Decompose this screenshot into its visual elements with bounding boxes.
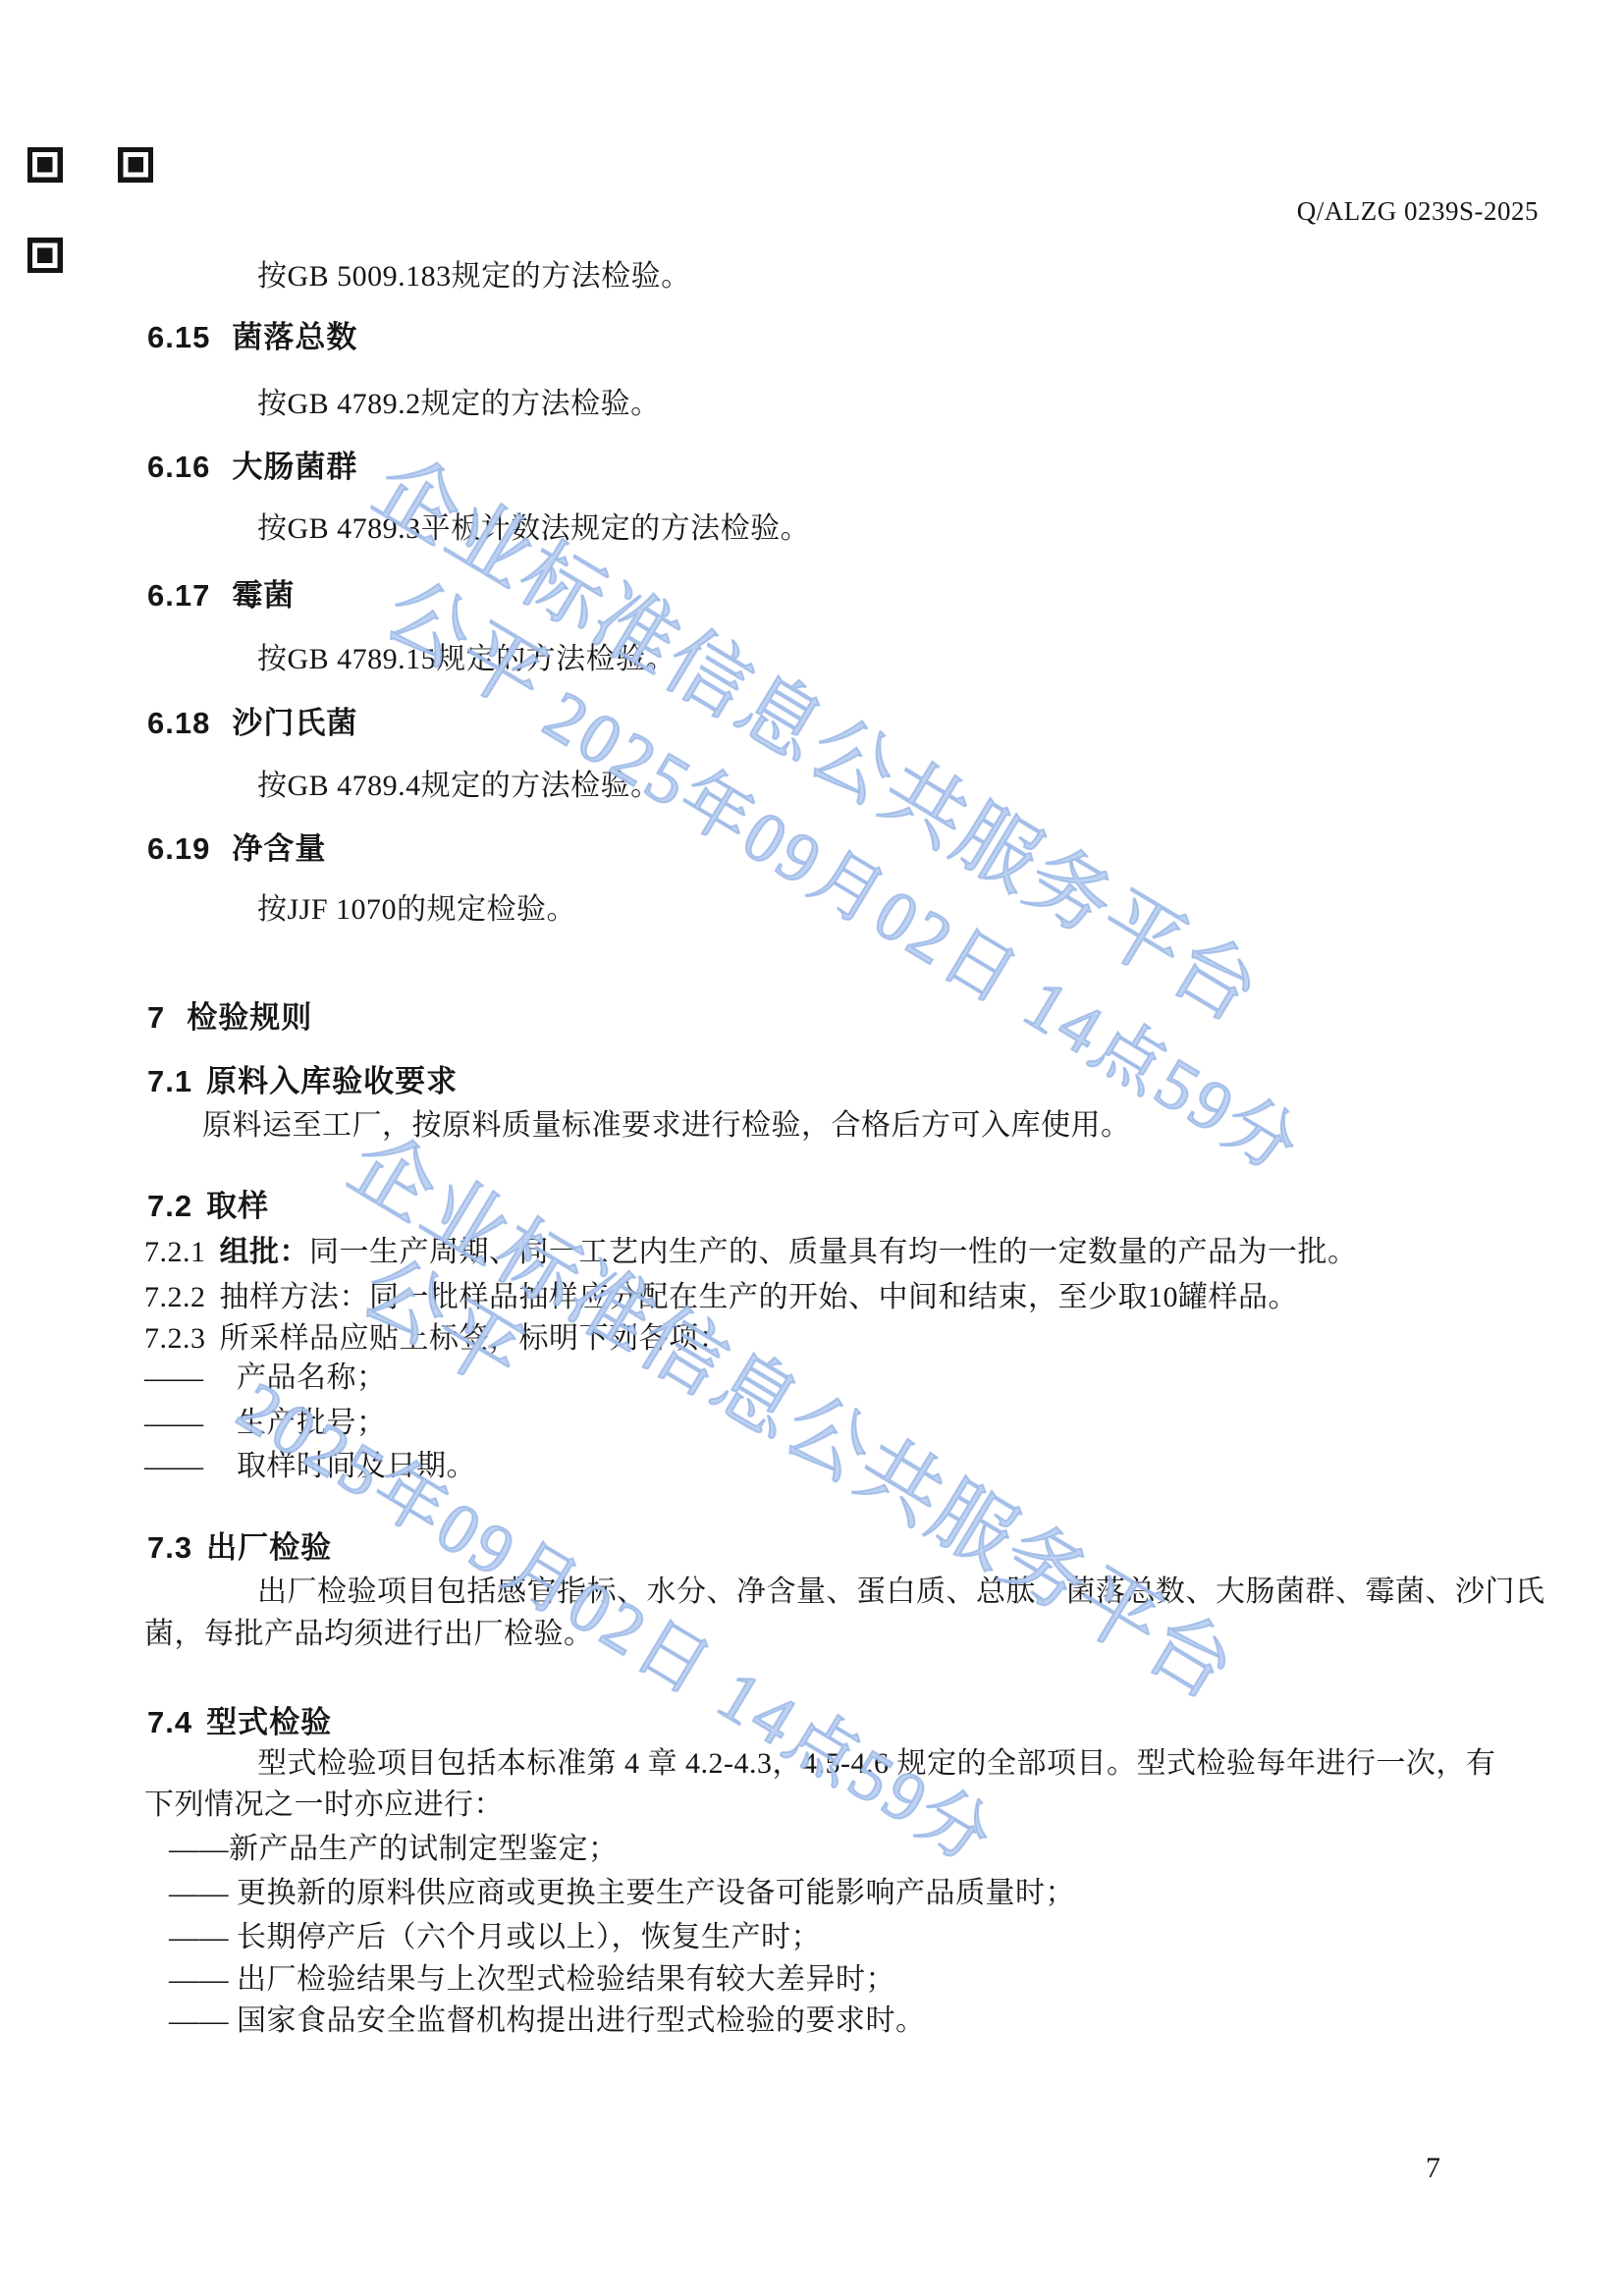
heading-number: 7.1 <box>147 1064 192 1098</box>
heading-title: 原料入库验收要求 <box>206 1064 458 1098</box>
paragraph-7-2-3: 7.2.3所采样品应贴上标签，标明下列各项： <box>144 1313 729 1357</box>
clause-term: 组批： <box>220 1236 310 1268</box>
heading-title: 取样 <box>206 1189 269 1223</box>
section-heading-7-2: 7.2取样 <box>147 1181 269 1225</box>
dash: —— <box>144 1450 203 1482</box>
clause-text: 抽样方法：同一批样品抽样应分配在生产的开始、中间和结束，至少取10罐样品。 <box>220 1281 1299 1313</box>
heading-number: 6.17 <box>147 578 210 613</box>
qr-code-image <box>27 145 153 275</box>
paragraph-7-4-line1: 型式检验项目包括本标准第 4 章 4.2-4.3，4.5-4.6 规定的全部项目… <box>257 1738 1495 1782</box>
section-heading-7: 7检验规则 <box>147 992 312 1037</box>
heading-title: 菌落总数 <box>232 320 357 354</box>
section-heading-6-16: 6.16大肠菌群 <box>147 442 357 486</box>
heading-number: 6.19 <box>147 831 210 866</box>
page-number: 7 <box>1426 2152 1440 2185</box>
paragraph-7-3-line1: 出厂检验项目包括感官指标、水分、净含量、蛋白质、总肽、菌落总数、大肠菌群、霉菌、… <box>257 1567 1545 1610</box>
heading-number: 6.15 <box>147 320 210 354</box>
paragraph-6-16: 按GB 4789.3平板计数法规定的方法检验。 <box>257 504 810 547</box>
dash-list-item: —— 国家食品安全监督机构提出进行型式检验的要求时。 <box>169 1996 926 2039</box>
clause-text: 所采样品应贴上标签，标明下列各项： <box>220 1322 730 1355</box>
dash-list-item: ——生产批号； <box>144 1398 387 1441</box>
paragraph-method-5009-183: 按GB 5009.183规定的方法检验。 <box>257 251 691 294</box>
heading-title: 沙门氏菌 <box>232 706 357 740</box>
heading-title: 净含量 <box>232 831 326 866</box>
clause-text: 同一生产周期、同一工艺内生产的、质量具有均一性的一定数量的产品为一批。 <box>309 1236 1358 1268</box>
dash: —— <box>144 1362 203 1394</box>
heading-title: 出厂检验 <box>206 1530 332 1565</box>
section-heading-7-4: 7.4型式检验 <box>147 1697 332 1741</box>
heading-number: 7 <box>147 1000 165 1035</box>
list-item-label: 取样时间及日期。 <box>237 1450 476 1482</box>
heading-number: 7.4 <box>147 1705 192 1739</box>
paragraph-7-1: 原料运至工厂，按原料质量标准要求进行检验，合格后方可入库使用。 <box>202 1100 1131 1144</box>
heading-title: 大肠菌群 <box>232 450 357 484</box>
section-heading-6-15: 6.15菌落总数 <box>147 312 357 356</box>
section-heading-6-18: 6.18沙门氏菌 <box>147 698 357 742</box>
paragraph-6-15: 按GB 4789.2规定的方法检验。 <box>257 379 661 422</box>
dash-list-item: ——产品名称； <box>144 1353 387 1396</box>
paragraph-7-2-1: 7.2.1组批：同一生产周期、同一工艺内生产的、质量具有均一性的一定数量的产品为… <box>144 1227 1358 1270</box>
heading-number: 7.3 <box>147 1530 192 1565</box>
dash: —— <box>144 1407 203 1439</box>
document-page: Q/ALZG 0239S-2025 按GB 5009.183规定的方法检验。 6… <box>0 0 1624 2296</box>
list-item-label: 产品名称； <box>237 1362 387 1394</box>
paragraph-6-17: 按GB 4789.15规定的方法检验。 <box>257 634 676 677</box>
heading-title: 霉菌 <box>232 578 295 613</box>
paragraph-7-2-2: 7.2.2抽样方法：同一批样品抽样应分配在生产的开始、中间和结束，至少取10罐样… <box>144 1272 1298 1315</box>
clause-number: 7.2.1 <box>144 1236 206 1268</box>
qr-code <box>27 145 153 275</box>
section-heading-7-1: 7.1原料入库验收要求 <box>147 1056 458 1100</box>
heading-title: 检验规则 <box>187 1000 312 1035</box>
dash-list-item: —— 更换新的原料供应商或更换主要生产设备可能影响产品质量时； <box>169 1868 1075 1911</box>
dash-list-item: ——取样时间及日期。 <box>144 1441 476 1484</box>
dash-list-item: ——新产品生产的试制定型鉴定； <box>169 1824 619 1867</box>
paragraph-6-18: 按GB 4789.4规定的方法检验。 <box>257 761 661 804</box>
paragraph-7-3-line2: 菌，每批产品均须进行出厂检验。 <box>144 1609 594 1652</box>
doc-number: Q/ALZG 0239S-2025 <box>1297 196 1539 227</box>
clause-number: 7.2.2 <box>144 1281 206 1313</box>
heading-title: 型式检验 <box>206 1705 332 1739</box>
clause-number: 7.2.3 <box>144 1322 206 1355</box>
section-heading-6-17: 6.17霉菌 <box>147 570 295 614</box>
dash-list-item: —— 出厂检验结果与上次型式检验结果有较大差异时； <box>169 1954 895 1998</box>
heading-number: 6.16 <box>147 450 210 484</box>
section-heading-6-19: 6.19净含量 <box>147 824 326 868</box>
section-heading-7-3: 7.3出厂检验 <box>147 1522 332 1567</box>
heading-number: 7.2 <box>147 1189 192 1223</box>
paragraph-6-19: 按JJF 1070的规定检验。 <box>257 884 576 928</box>
paragraph-7-4-line2: 下列情况之一时亦应进行： <box>144 1780 504 1823</box>
dash-list-item: —— 长期停产后（六个月或以上），恢复生产时； <box>169 1912 821 1955</box>
heading-number: 6.18 <box>147 706 210 740</box>
list-item-label: 生产批号； <box>237 1407 387 1439</box>
